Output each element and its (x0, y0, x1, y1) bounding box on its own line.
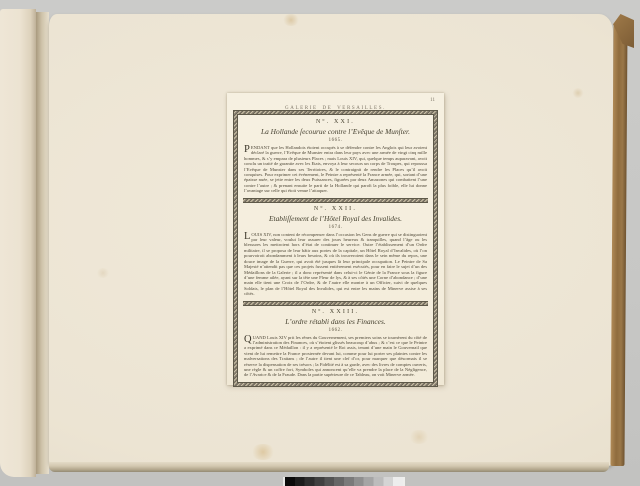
section-body: PENDANT que les Hollandois étoient occup… (244, 145, 427, 194)
section-title: Etabliſſement de l’Hôtel Royal des Inval… (243, 214, 428, 223)
section-date: 1662. (243, 328, 428, 333)
drop-cap: P (244, 145, 251, 155)
section-body: LOUIS XIV, non content de récompenser da… (244, 232, 427, 297)
ornamental-frame: Nº. XXI. La Hollande ſecourue contre l’E… (233, 110, 438, 387)
section-date: 1674. (243, 225, 428, 230)
section-body-text: OUIS XIV, non content de récompenser dan… (244, 232, 427, 296)
fore-edge-leather (610, 24, 627, 466)
section-title: La Hollande ſecourue contre l’Evêque de … (243, 127, 428, 136)
engraved-plate: GALERIE DE VERSAILLES. 11 Nº. XXI. La Ho… (227, 93, 444, 385)
section-number: Nº. XXIII. (243, 309, 428, 315)
plate-header: GALERIE DE VERSAILLES. 11 (227, 93, 444, 108)
page-number: 11 (430, 98, 435, 103)
plate-section-xxii: Nº. XXII. Etabliſſement de l’Hôtel Royal… (243, 206, 428, 297)
section-divider (243, 198, 428, 203)
frame-inner: Nº. XXI. La Hollande ſecourue contre l’E… (237, 114, 434, 383)
grayscale-calibration-wedge (283, 477, 405, 486)
section-date: 1665. (243, 138, 428, 143)
section-divider (243, 301, 428, 306)
left-page-stack (0, 9, 36, 477)
drop-cap: Q (244, 335, 253, 345)
running-title: GALERIE DE VERSAILLES. (285, 106, 386, 111)
section-body-text: UAND Louis XIV prit les rênes du Gouvern… (244, 335, 427, 378)
section-body-text: ENDANT que les Hollandois étoient occupé… (244, 145, 427, 193)
section-number: Nº. XXII. (243, 206, 428, 212)
photo-of-open-book: GALERIE DE VERSAILLES. 11 Nº. XXI. La Ho… (0, 0, 640, 486)
plate-section-xxiii: Nº. XXIII. L’ordre rétabli dans les Fina… (243, 309, 428, 378)
section-title: L’ordre rétabli dans les Finances. (243, 317, 428, 326)
section-body: QUAND Louis XIV prit les rênes du Gouver… (244, 335, 427, 378)
plate-section-xxi: Nº. XXI. La Hollande ſecourue contre l’E… (243, 119, 428, 194)
gutter-shadow (36, 12, 49, 474)
page-bottom-edge (49, 462, 609, 472)
section-number: Nº. XXI. (243, 119, 428, 125)
